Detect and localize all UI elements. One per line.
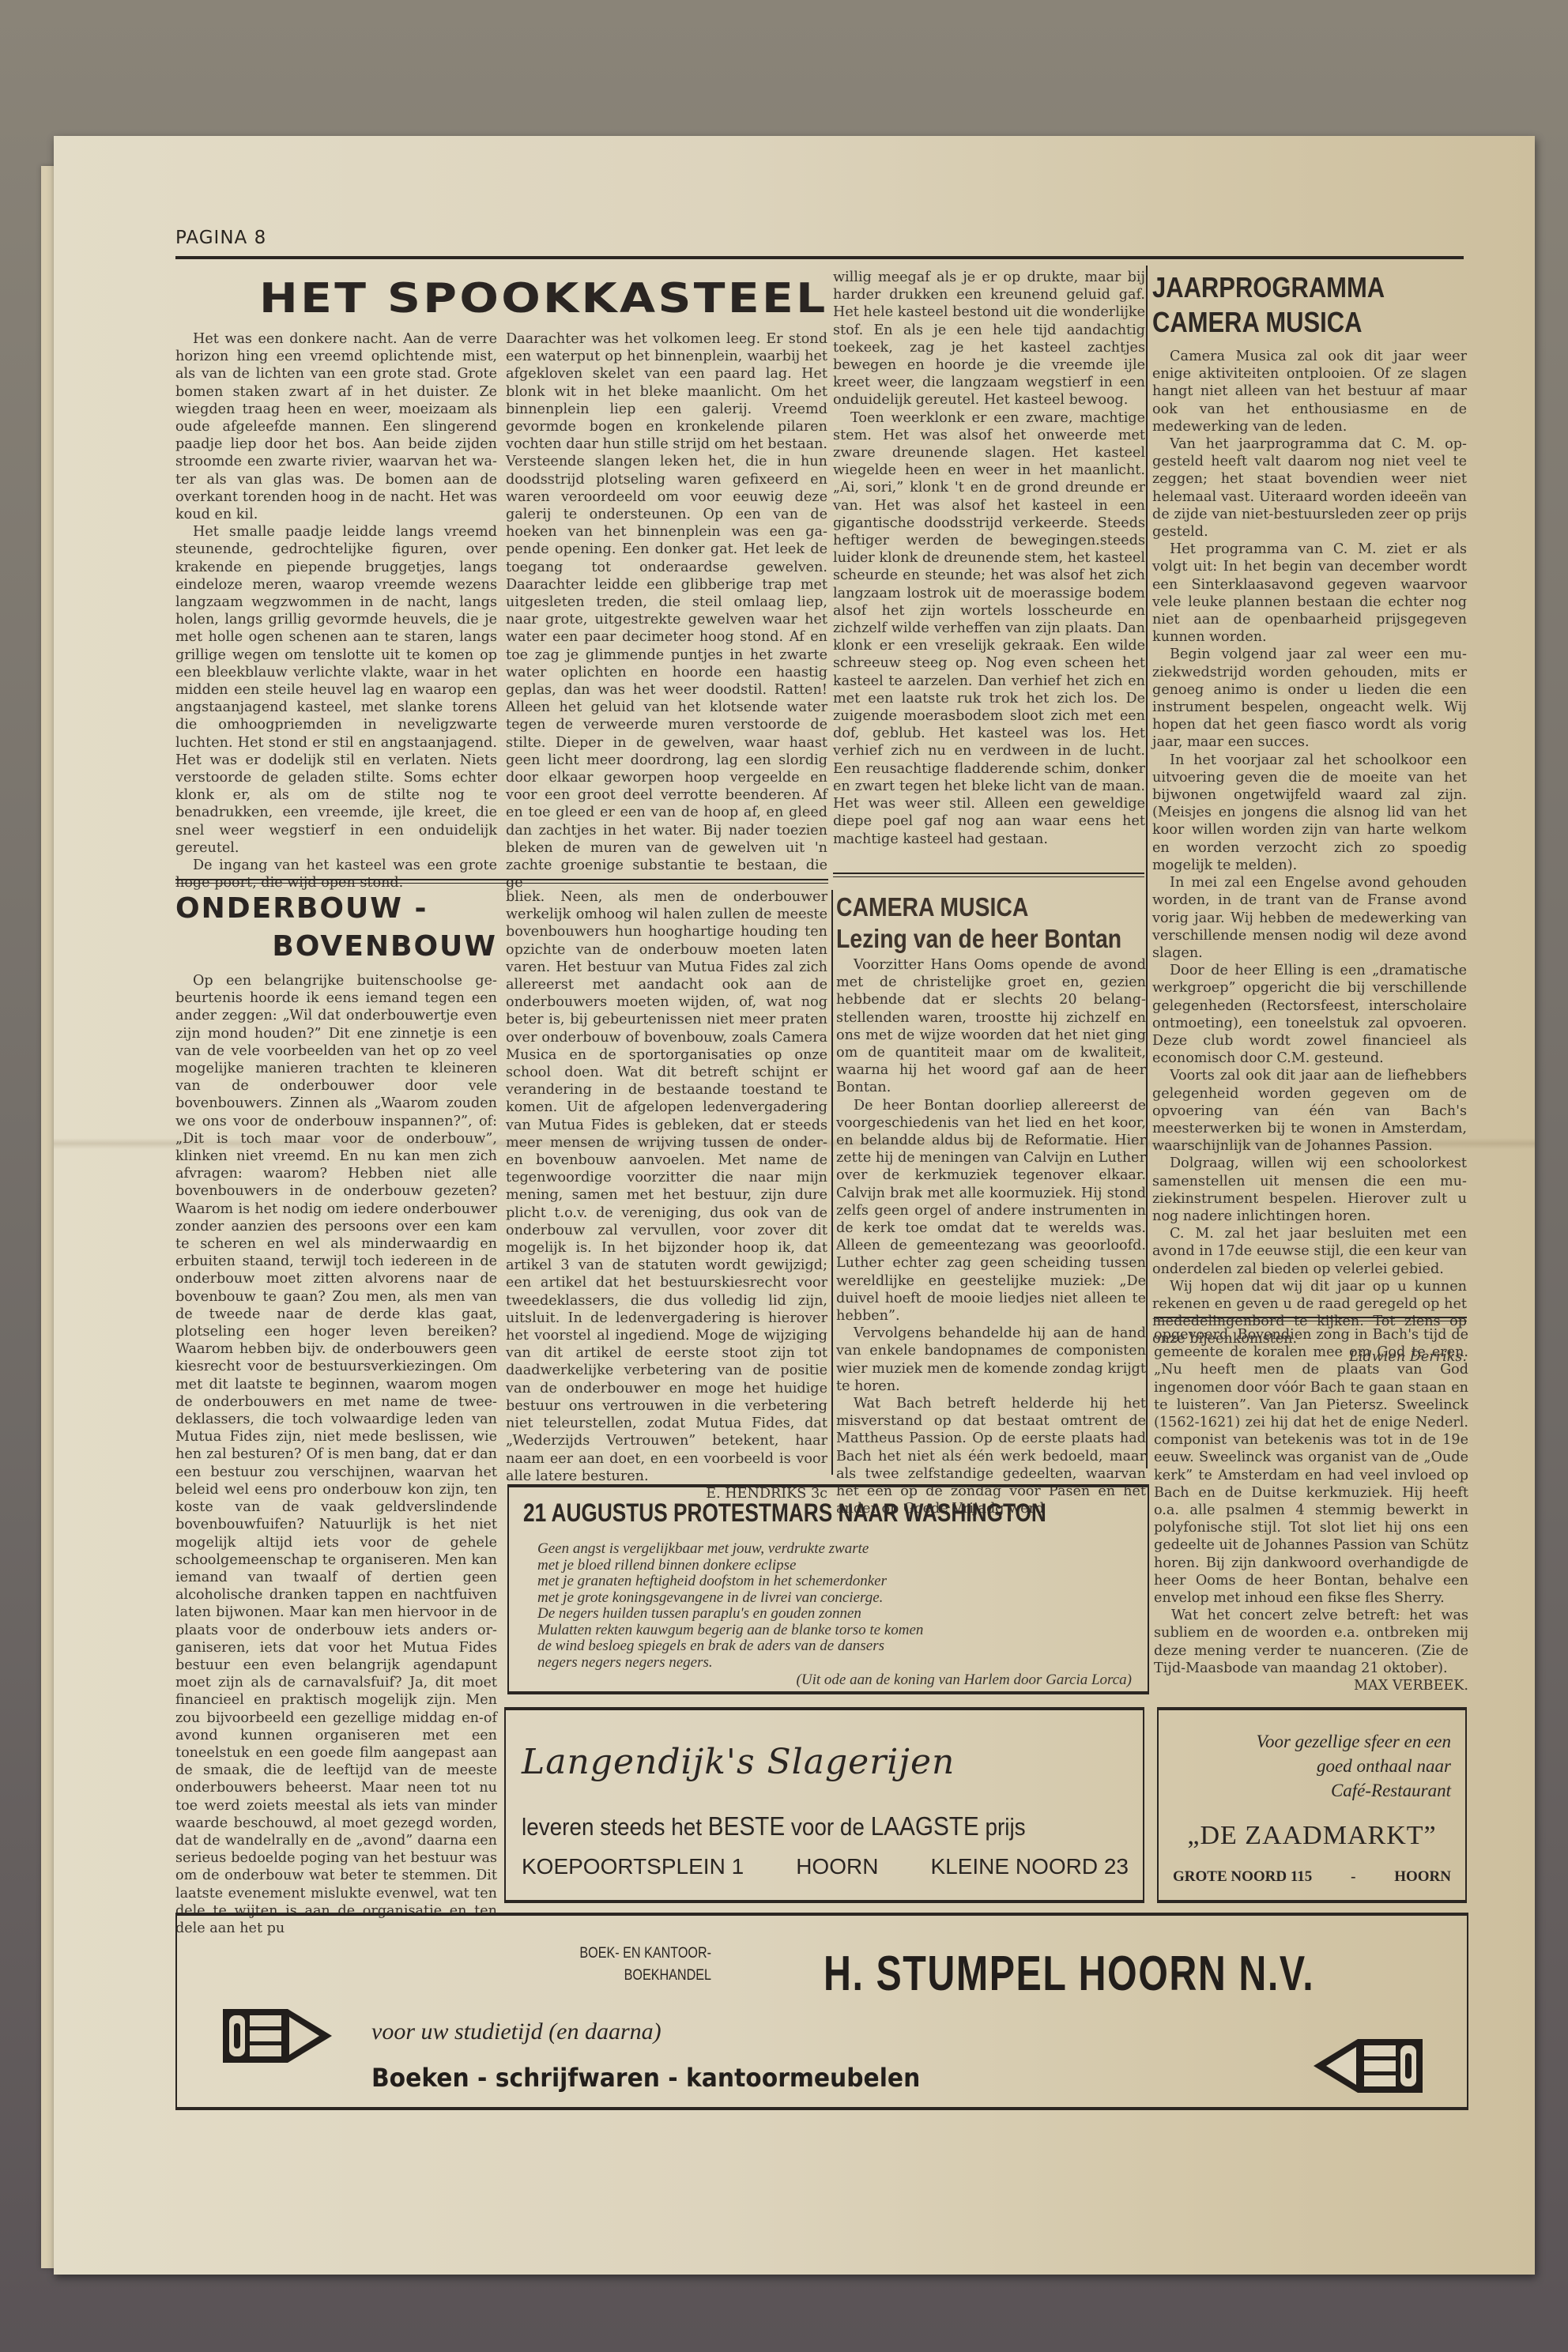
poem: Geen angst is vergelijkbaar met jouw, ve… bbox=[537, 1541, 923, 1671]
column-divider bbox=[1146, 266, 1148, 1468]
paragraph: Voorts zal ook dit jaar aan de lief­hebb… bbox=[1152, 1067, 1467, 1155]
slogan-text: voor de bbox=[785, 1813, 871, 1841]
paragraph: opgevoerd. Bovendien zong in Bach's tijd… bbox=[1154, 1326, 1468, 1607]
article-column: willig meegaf als je er op drukte, maar … bbox=[833, 269, 1145, 848]
title-line: CAMERA MUSICA bbox=[836, 891, 1121, 923]
paragraph: Toen weerklonk er een zware, mach­tige s… bbox=[833, 409, 1145, 848]
pencil-icon bbox=[218, 2006, 337, 2066]
article-column: Het was een donkere nacht. Aan de verre … bbox=[175, 330, 497, 892]
poem-line: met je bloed rillend binnen donkere ecli… bbox=[537, 1558, 923, 1574]
address-line: KOEPOORTSPLEIN 1 bbox=[522, 1854, 744, 1879]
ad-brand-name: H. STUMPEL HOORN N.V. bbox=[824, 1946, 1314, 2002]
paragraph: Het was een donkere nacht. Aan de verre … bbox=[175, 330, 497, 523]
address-city: HOORN bbox=[1394, 1868, 1451, 1886]
column-divider bbox=[831, 890, 833, 1475]
paragraph: Door de heer Elling is een „dramati­sche… bbox=[1152, 962, 1467, 1067]
author-signature: MAX VERBEEK. bbox=[1154, 1677, 1468, 1694]
paragraph: willig meegaf als je er op drukte, maar … bbox=[833, 269, 1145, 409]
ad-line: Café-Restaurant bbox=[1287, 1778, 1451, 1803]
pencil-icon bbox=[1309, 2036, 1427, 2096]
ad-tagline: voor uw studietijd (en daarna) bbox=[371, 2018, 661, 2045]
poem-line: Mulatten rekten kauwgum begerig aan de b… bbox=[537, 1623, 923, 1639]
poem-line: Geen angst is vergelijkbaar met jouw, ve… bbox=[537, 1541, 923, 1558]
paragraph: Daarachter was het volkomen leeg. Er sto… bbox=[506, 330, 827, 892]
paragraph: Vervolgens behandelde hij aan de hand va… bbox=[836, 1325, 1146, 1395]
ad-address: KOEPOORTSPLEIN 1 HOORN KLEINE NOORD 23 bbox=[522, 1854, 1129, 1879]
paragraph: Begin volgend jaar zal weer een mu­ziekw… bbox=[1152, 646, 1467, 751]
poem-box-protestmars: 21 AUGUSTUS PROTESTMARS NAAR WASHINGTON … bbox=[507, 1484, 1149, 1694]
article-column: Op een belangrijke buitenschoolse ge­beu… bbox=[175, 972, 497, 1937]
poem-line: negers negers negers negers. bbox=[537, 1655, 923, 1672]
slogan-text: leveren steeds het bbox=[522, 1813, 708, 1841]
article-title-lezing: CAMERA MUSICA Lezing van de heer Bontan bbox=[836, 891, 1121, 955]
ad-line: BOEKHANDEL bbox=[579, 1965, 711, 1987]
article-title-onderbouw: ONDERBOUW - BOVENBOUW bbox=[175, 890, 497, 966]
poem-title: 21 AUGUSTUS PROTESTMARS NAAR WASHINGTON bbox=[523, 1498, 1046, 1528]
title-line: BOVENBOUW bbox=[175, 928, 497, 966]
slogan-emphasis: BESTE bbox=[708, 1811, 785, 1841]
ad-kind: BOEK- EN KANTOOR- BOEKHANDEL bbox=[579, 1943, 711, 1987]
slogan-text: prijs bbox=[979, 1813, 1026, 1841]
paragraph: Voorzitter Hans Ooms opende de avond met… bbox=[836, 956, 1146, 1097]
paragraph: Dolgraag, willen wij een schoolorkest sa… bbox=[1152, 1155, 1467, 1225]
address-line: GROTE NOORD 115 bbox=[1173, 1868, 1312, 1886]
ad-zaadmarkt: Voor gezellige sfeer en een goed onthaal… bbox=[1157, 1707, 1467, 1903]
paragraph: In mei zal een Engelse avond gehou­den w… bbox=[1152, 874, 1467, 962]
ad-address: GROTE NOORD 115 - HOORN bbox=[1173, 1868, 1451, 1886]
page-number: PAGINA 8 bbox=[175, 228, 266, 248]
paragraph: Van het jaarprogramma dat C. M. op­geste… bbox=[1152, 435, 1467, 541]
article-column: Daarachter was het volkomen leeg. Er sto… bbox=[506, 330, 827, 892]
header-rule bbox=[175, 256, 1464, 259]
article-column: opgevoerd. Bovendien zong in Bach's tijd… bbox=[1154, 1326, 1468, 1694]
section-divider bbox=[1154, 1317, 1467, 1321]
ad-brand-name: Langendijk's Slagerijen bbox=[522, 1742, 955, 1782]
address-city: HOORN bbox=[796, 1854, 878, 1879]
ad-line: BOEK- EN KANTOOR- bbox=[579, 1943, 711, 1965]
paragraph: bliek. Neen, als men de onderbouwer werk… bbox=[506, 888, 827, 1485]
paragraph: De ingang van het kasteel was een grote … bbox=[175, 857, 497, 891]
ad-products: Boeken - schrijfwaren - kantoormeubelen bbox=[371, 2063, 920, 2093]
paragraph: Wat het concert zelve betreft: het was s… bbox=[1154, 1607, 1468, 1677]
poem-line: met je grote koningsgevangene in de livr… bbox=[537, 1590, 923, 1607]
section-divider bbox=[175, 879, 828, 884]
article-column: Camera Musica zal ook dit jaar weer enig… bbox=[1152, 348, 1467, 1366]
poem-line: de wind besloeg spiegels en brak de ader… bbox=[537, 1638, 923, 1655]
article-title-jaarprogramma: JAARPROGRAMMA CAMERA MUSICA bbox=[1152, 270, 1385, 340]
ad-text: Voor gezellige sfeer en een goed onthaal… bbox=[1287, 1729, 1451, 1803]
title-subline: Lezing van de heer Bontan bbox=[836, 923, 1121, 955]
poem-citation: (Uit ode aan de koning van Harlem door G… bbox=[537, 1672, 1132, 1689]
paragraph: De heer Bontan doorliep allereerst de vo… bbox=[836, 1097, 1146, 1325]
poem-line: met je granaten heftigheid doofstom in h… bbox=[537, 1574, 923, 1590]
section-divider bbox=[833, 873, 1144, 877]
paragraph: Op een belangrijke buitenschoolse ge­beu… bbox=[175, 972, 497, 1937]
paragraph: Camera Musica zal ook dit jaar weer enig… bbox=[1152, 348, 1467, 435]
address-separator: - bbox=[1351, 1868, 1355, 1886]
slogan-emphasis: LAAGSTE bbox=[871, 1811, 979, 1841]
title-line: ONDERBOUW - bbox=[175, 892, 428, 925]
paragraph: Het programma van C. M. ziet er als volg… bbox=[1152, 541, 1467, 646]
ad-langendijk: Langendijk's Slagerijen leveren steeds h… bbox=[504, 1707, 1144, 1903]
article-title-spookkasteel: HET SPOOKKASTEEL bbox=[259, 275, 828, 322]
poem-line: De negers huilden tussen paraplu's en go… bbox=[537, 1606, 923, 1623]
ad-slogan: leveren steeds het BESTE voor de LAAGSTE… bbox=[522, 1811, 1026, 1841]
title-line: JAARPROGRAMMA bbox=[1152, 270, 1385, 305]
ad-line: goed onthaal naar bbox=[1287, 1754, 1451, 1778]
paragraph: In het voorjaar zal het schoolkoor een u… bbox=[1152, 752, 1467, 874]
ad-stumpel: BOEK- EN KANTOOR- BOEKHANDEL H. STUMPEL … bbox=[175, 1913, 1468, 2110]
article-column: Voorzitter Hans Ooms opende de avond met… bbox=[836, 956, 1146, 1518]
address-line: KLEINE NOORD 23 bbox=[930, 1854, 1129, 1879]
paragraph: Het smalle paadje leidde langs vreemd st… bbox=[175, 523, 497, 857]
ad-brand-name: „DE ZAADMARKT” bbox=[1159, 1821, 1465, 1851]
paragraph: C. M. zal het jaar besluiten met een avo… bbox=[1152, 1225, 1467, 1278]
article-column: bliek. Neen, als men de onderbouwer werk… bbox=[506, 888, 827, 1502]
ad-line: Voor gezellige sfeer en een bbox=[1256, 1729, 1451, 1754]
title-line: CAMERA MUSICA bbox=[1152, 305, 1385, 340]
